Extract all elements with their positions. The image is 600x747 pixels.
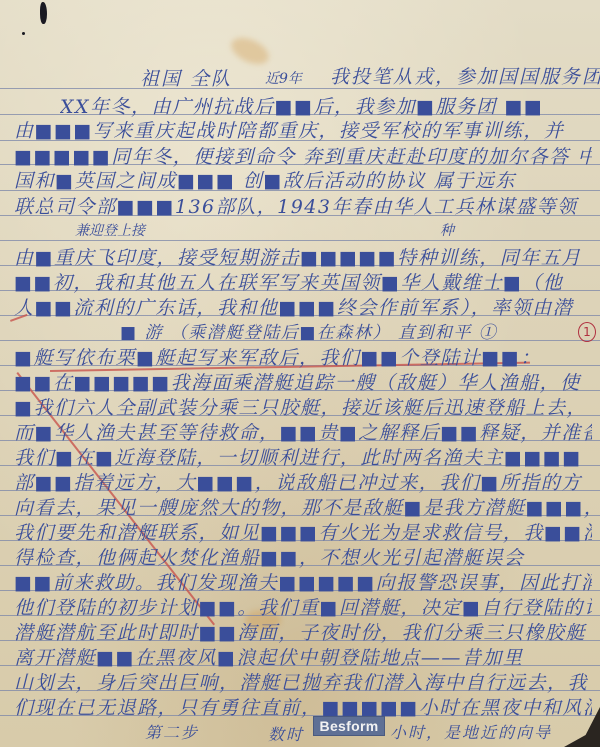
manuscript-line: 国和■英国之间成■■■ 创■敌后活动的协议 属于远东 <box>14 166 592 193</box>
inserted-note: 兼迎登上接 <box>75 220 145 240</box>
stain-mark <box>227 33 273 70</box>
manuscript-line: 我们■在■近海登陆，一切顺利进行，此时两名渔夫主■■■■ <box>14 443 592 470</box>
footer-text-left: 数时 <box>268 722 304 745</box>
manuscript-line: ■■在■■■■■我海面乘潜艇追踪一艘（敌艇）华人渔船，使 <box>14 368 592 395</box>
manuscript-line: 我们要先和潜艇联系，如见■■■有火光为是求救信号，我■■渔夫设 <box>14 518 592 545</box>
manuscript-line: 部■■指着远方，大■■■，说敌船已冲过来，我们■所指的方 <box>14 468 592 495</box>
manuscript-line: 由■重庆飞印度，接受短期游击■■■■■特种训练，同年五月 <box>14 243 592 270</box>
manuscript-line: XX年冬，由广州抗战后■■后，我参加■服务团 ■■ <box>60 92 592 119</box>
manuscript-line: 人■■流利的广东话，我和他■■■终会作前军系），率领由潜 <box>14 293 592 320</box>
ink-dot <box>22 32 25 35</box>
ink-blot <box>40 2 47 24</box>
manuscript-line: ■ 游 （乘潜艇登陆后■在森林） 直到和平 ① <box>120 318 592 343</box>
manuscript-line: 潜艇潜航至此时即时■■海面，子夜时份，我们分乘三只橡胶艇 <box>14 618 592 645</box>
manuscript-line: ■我们六人全副武装分乘三只胶艇，接近该艇后迅速登船上去， <box>14 393 592 420</box>
manuscript-line: ■艇写依布栗■艇起写来军敌后，我们■■个登陆计■■： <box>14 343 592 370</box>
manuscript-line: ■■■■■同年冬，便接到命令 奔到重庆赶赴印度的加尔各答 中 <box>14 142 592 169</box>
manuscript-line: ■■初，我和其他五人在联军写来英国领■华人戴维士■（他 <box>14 268 592 295</box>
manuscript-page: 祖国 全队 近9年 我投笔从戎，参加国国服务团 XX年冬，由广州抗战后■■后，我… <box>0 0 600 747</box>
watermark-badge: Besform <box>313 716 385 736</box>
manuscript-line: 由■■■写来重庆起战时陪都重庆，接受军校的军事训练，并 <box>14 116 592 143</box>
manuscript-line: 他们登陆的初步计划■■。我们重■回潜艇，决定■自行登陆的计划。 <box>14 593 592 620</box>
manuscript-line: 而■华人渔夫甚至等待救命，■■贵■之解释后■■释疑，并准备好 <box>14 418 592 445</box>
manuscript-line: 得检查，他俩起火焚化渔船■■，不想火光引起潜艇误会 <box>14 543 592 570</box>
manuscript-line: 离开潜艇■■在黑夜风■浪起伏中朝登陆地点——昔加里 <box>14 643 592 670</box>
margin-number-marker: 1 <box>578 322 596 342</box>
inserted-note: 种 <box>440 220 454 240</box>
ruled-line <box>0 240 600 241</box>
manuscript-line: 们现在已无退路，只有勇往直前，■■■■■小时在黑夜中和风浪 <box>14 693 592 720</box>
manuscript-line: 联总司令部■■■136部队，1943年春由华人工兵林谋盛等领 <box>14 192 592 219</box>
manuscript-line: 向看去，果见一艘庞然大的物，那不是敌艇■是我方潜艇■■■，近前， <box>14 493 592 520</box>
header-right: 我投笔从戎，参加国国服务团 <box>330 62 600 89</box>
footer-text-right: 小时，是地近的向导 <box>390 720 552 743</box>
manuscript-line: 山划去，身后突出巨响，潜艇已抛弃我们潜入海中自行远去，我 <box>14 668 592 695</box>
header-left: 祖国 全队 <box>140 64 232 91</box>
header-insert: 近9年 <box>265 68 302 88</box>
manuscript-line: ■■前来救助。我们发现渔夫■■■■■向报警恐误事，因此打消借助 <box>14 568 592 595</box>
footer-step-label: 第二步 <box>145 720 199 743</box>
